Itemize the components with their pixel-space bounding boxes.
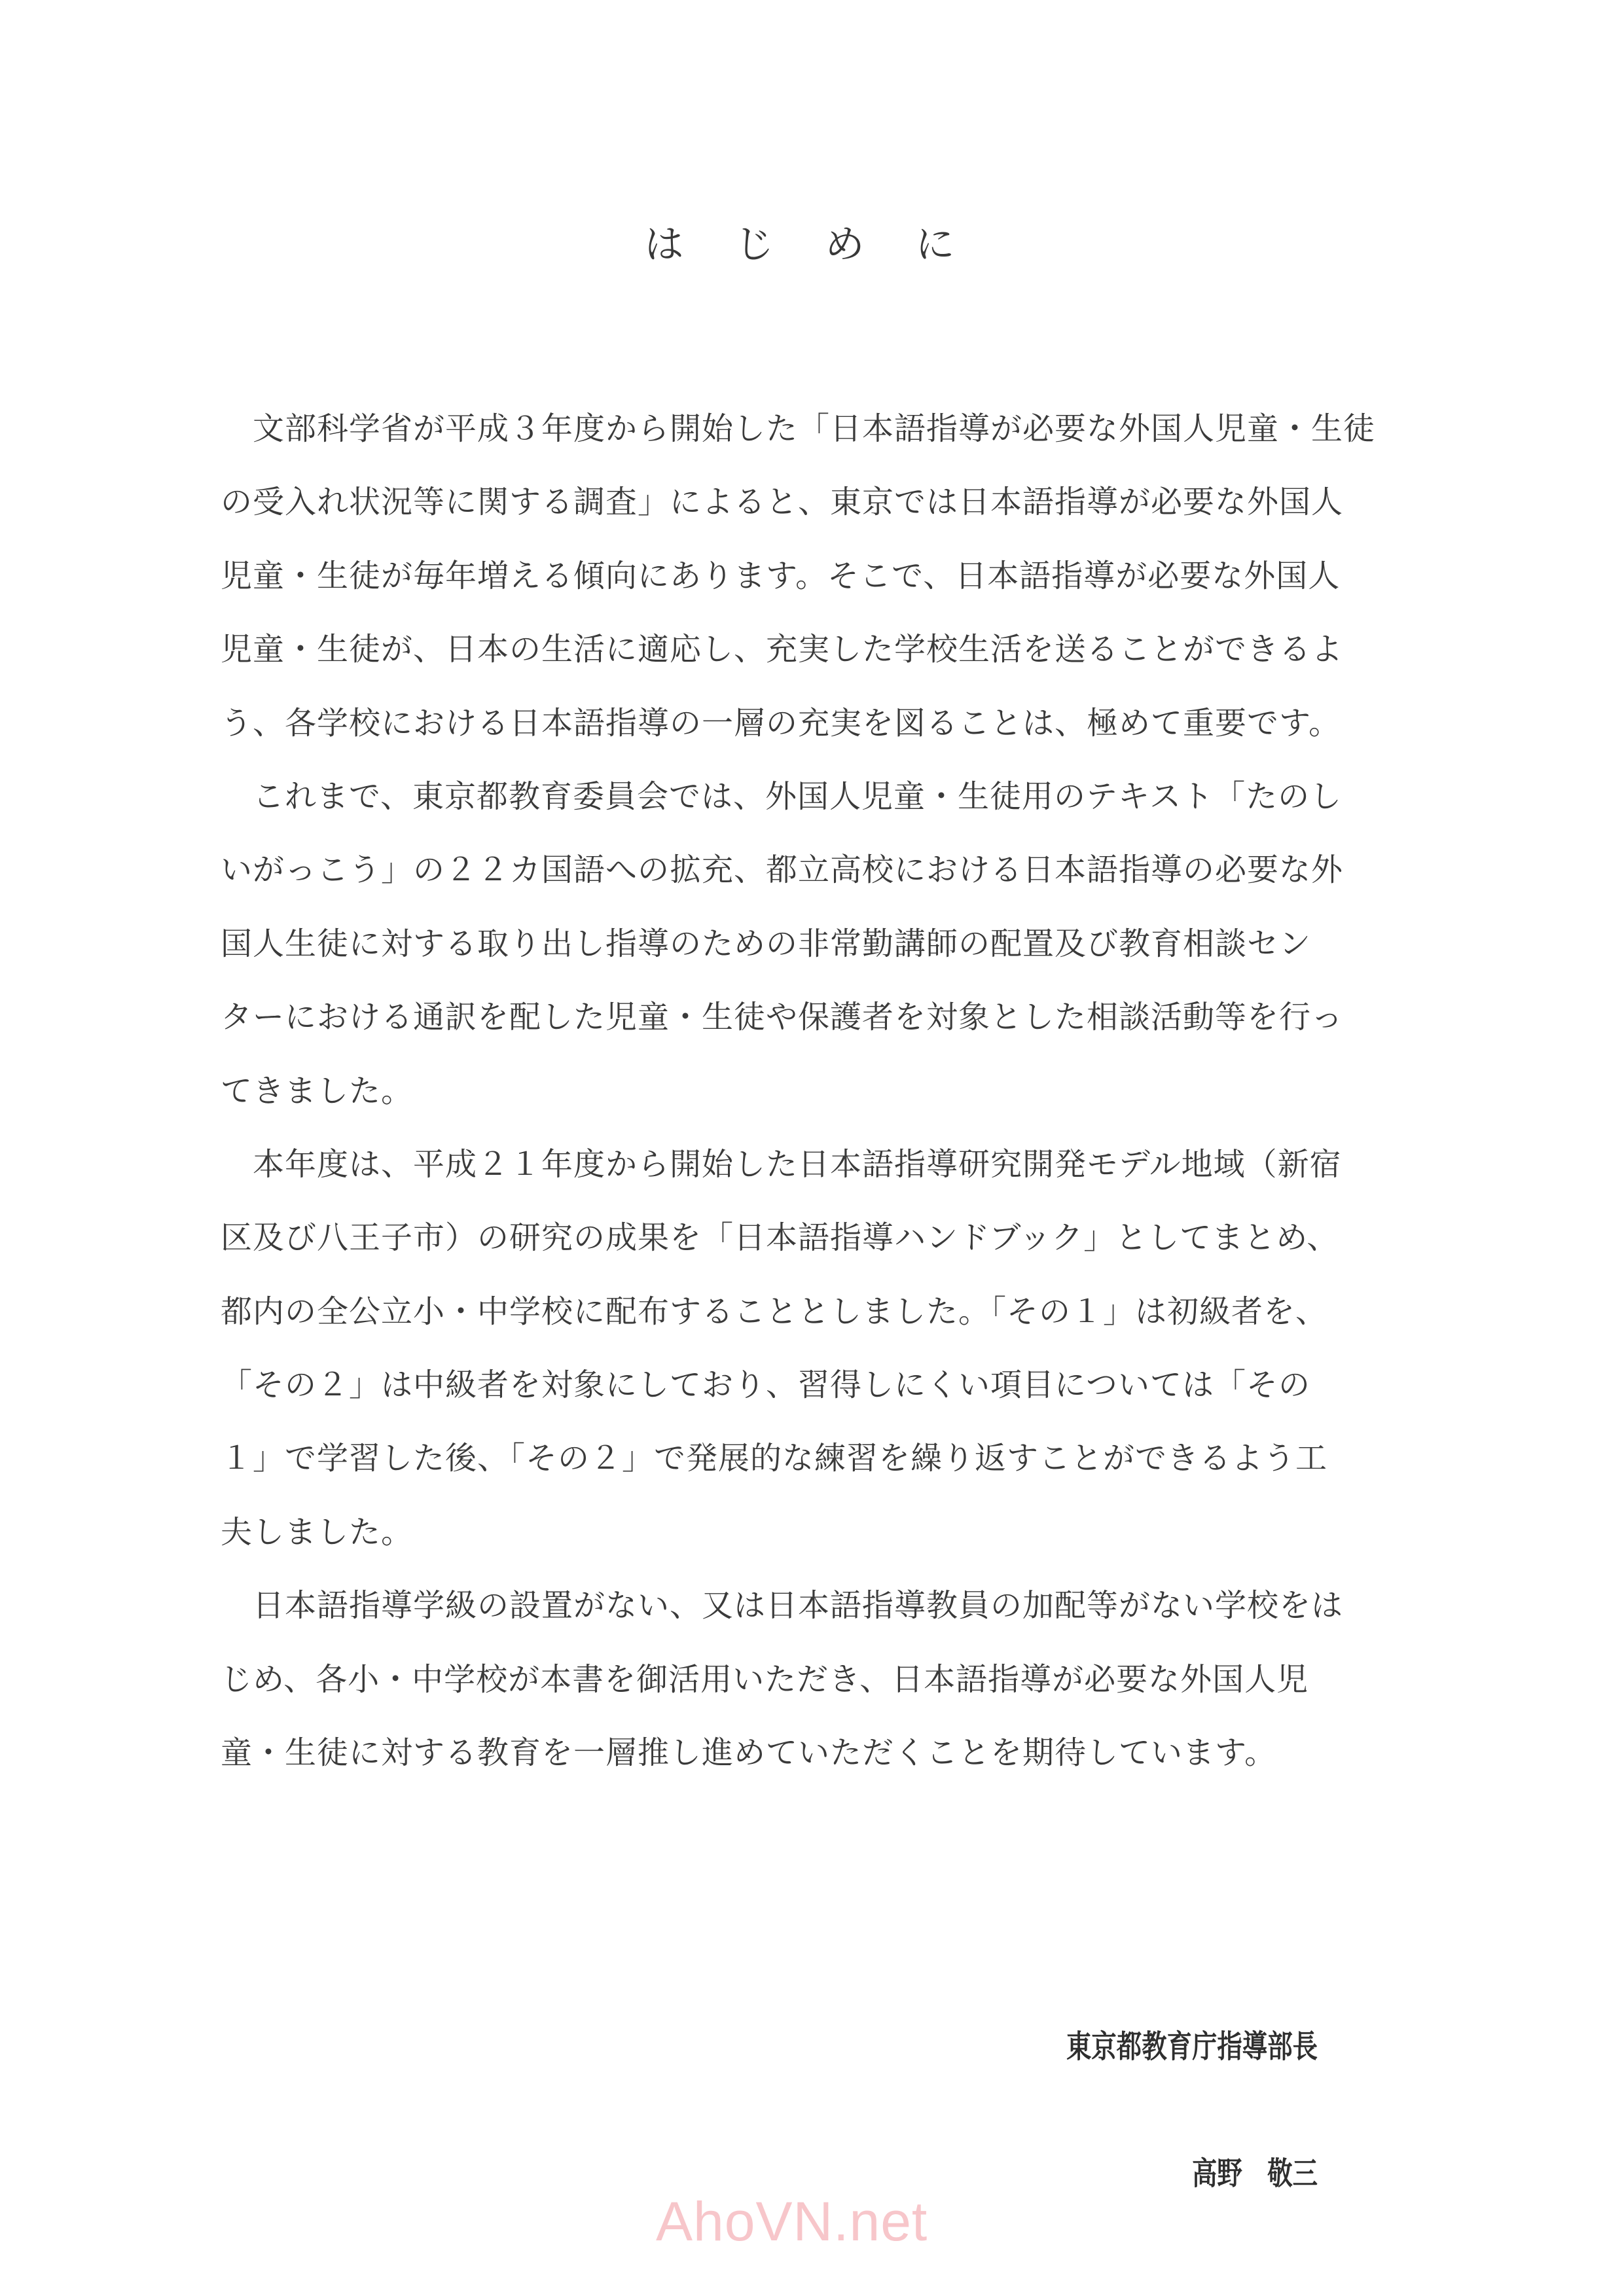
body-text: 文部科学省が平成３年度から開始した「日本語指導が必要な外国人児童・生徒 の受入れ… (221, 393, 1399, 1790)
body-line: 「その２」は中級者を対象にしており、習得しにくい項目については「その (221, 1349, 1399, 1422)
body-line: 童・生徒に対する教育を一層推し進めていただくことを期待しています。 (221, 1717, 1399, 1790)
body-line: 児童・生徒が毎年増える傾向にあります。そこで、日本語指導が必要な外国人 (221, 540, 1399, 613)
body-line: 本年度は、平成２１年度から開始した日本語指導研究開発モデル地域（新宿 (221, 1128, 1399, 1202)
body-line: １」で学習した後、「その２」で発展的な練習を繰り返すことができるよう工 (221, 1422, 1399, 1496)
body-line: 区及び八王子市）の研究の成果を「日本語指導ハンドブック」としてまとめ、 (221, 1202, 1399, 1275)
watermark: AhoVN.net (656, 2190, 928, 2253)
page-title: はじめに (0, 225, 1624, 264)
body-line: 都内の全公立小・中学校に配布することとしました。「その１」は初級者を、 (221, 1276, 1399, 1349)
body-line: 夫しました。 (221, 1496, 1399, 1570)
body-line: これまで、東京都教育委員会では、外国人児童・生徒用のテキスト「たのし (221, 761, 1399, 834)
body-line: の受入れ状況等に関する調査」によると、東京では日本語指導が必要な外国人 (221, 466, 1399, 539)
body-line: いがっこう」の２２カ国語への拡充、都立高校における日本語指導の必要な外 (221, 834, 1399, 907)
body-line: 文部科学省が平成３年度から開始した「日本語指導が必要な外国人児童・生徒 (221, 393, 1399, 466)
signature-title: 東京都教育庁指導部長 (1066, 2032, 1318, 2063)
body-line: う、各学校における日本語指導の一層の充実を図ることは、極めて重要です。 (221, 687, 1399, 761)
body-line: 日本語指導学級の設置がない、又は日本語指導教員の加配等がない学校をは (221, 1570, 1399, 1643)
body-line: てきました。 (221, 1055, 1399, 1128)
body-line: ターにおける通訳を配した児童・生徒や保護者を対象とした相談活動等を行っ (221, 981, 1399, 1054)
signature-name: 高野 敬三 (1066, 2159, 1318, 2190)
body-line: じめ、各小・中学校が本書を御活用いただき、日本語指導が必要な外国人児 (221, 1643, 1399, 1717)
document-page: はじめに 文部科学省が平成３年度から開始した「日本語指導が必要な外国人児童・生徒… (0, 0, 1624, 2296)
body-line: 国人生徒に対する取り出し指導のための非常勤講師の配置及び教育相談セン (221, 908, 1399, 981)
body-line: 児童・生徒が、日本の生活に適応し、充実した学校生活を送ることができるよ (221, 613, 1399, 687)
signature-block: 東京都教育庁指導部長 高野 敬三 (1066, 1969, 1318, 2253)
